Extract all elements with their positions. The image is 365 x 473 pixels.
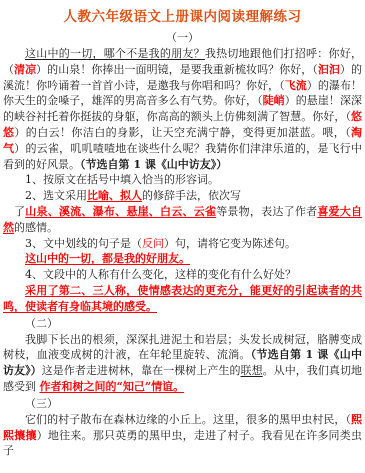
passage-3: 它们的村子散布在森林边缘的小丘上。这里，很多的黑甲虫村民，（熙熙攘攘）地往来。那… [3,412,362,459]
section-marker-1: （一） [3,29,362,46]
question-text: 了 [14,205,25,218]
question-2: 2、选文采用比喻、拟人的修辞手法，依次写 [3,188,362,204]
answer-text: 采用了第二、三人称，使情感表达的更充分，能更好的引起读者的共鸣，使读者有身临其境… [3,284,362,313]
question-text: 3、文中划线的句子是（ [25,237,142,250]
question-text: ）句，请将它变为陈述句。 [164,237,296,250]
section-marker-3: （三） [3,395,362,412]
answer-text: 作者和树之间的“知己”情谊。 [40,380,185,393]
source-citation: （节选自第 1 课《山中访友》） [80,158,227,171]
question-2-continued: 了山泉、溪流、瀑布、悬崖、白云、云雀等景物，表达了作者喜爱大自然的感情。 [3,204,362,236]
question-text: 等景物，表达了作者 [216,205,317,218]
worksheet-document: 人教六年级语文上册课内阅读理解练习（一）这山中的一切，哪个不是我的朋友？我热切地… [0,0,365,459]
passage-text: 它们的村子散布在森林边缘的小丘上。这里，很多的黑甲虫村民，（ [25,413,351,426]
question-1: 1、按原文在括号中填入恰当的形容词。 [3,172,362,188]
question-3: 3、文中划线的句子是（反问）句，请将它变为陈述句。 [3,236,362,252]
question-text: 1、按原文在括号中填入恰当的形容词。 [25,173,219,186]
passage-1: 这山中的一切，哪个不是我的朋友？我热切地跟他们打招呼：你好，（清凉）的山泉！你捧… [3,46,362,172]
passage-2: 我脚下长出的根须，深深扎进泥土和岩层；头发长成树冠，胳膊变成树枝，血液变成树的汁… [3,332,362,395]
doc-title: 人教六年级语文上册课内阅读理解练习 [3,8,362,26]
question-text: 4、文段中的人称有什么变化，这样的变化有什么好处？ [25,268,296,281]
section-number: （二） [25,317,58,330]
answer-text: 比喻、拟人 [87,189,142,202]
answer-3: 这山中的一切，都是我的好朋友。 [3,251,362,267]
underlined-sentence: 这山中的一切，哪个不是我的朋友？ [25,47,205,60]
section-marker-2: （二） [3,315,362,332]
answer-inline: 反问 [142,237,164,250]
doc-title-text: 人教六年级语文上册课内阅读理解练习 [64,9,302,25]
section-number: （一） [166,31,199,44]
passage-text: 这是作者走进树林，靠在一棵树上产生的 [42,364,241,377]
question-text: 的感情。 [14,221,58,234]
answer-blank: 汩汩 [318,63,340,76]
question-text: 的修辞手法，依次写 [142,189,241,202]
question-text: 2、选文采用 [25,189,87,202]
answer-blank: 飞流 [285,79,307,92]
section-number: （三） [25,397,58,410]
answer-blank: 陡峭 [263,94,285,107]
answer-blank: 清凉 [14,63,36,76]
answer-text: 山泉、溪流、瀑布、悬崖、白云、云雀 [25,205,216,218]
question-4: 4、文段中的人称有什么变化，这样的变化有什么好处？ [3,267,362,283]
answer-4: 采用了第二、三人称，使情感表达的更充分，能更好的引起读者的共鸣，使读者有身临其境… [3,283,362,315]
passage-text: ）的白云！你洁白的身影，让天空充满宁静，变得更加湛蓝。喂，（ [14,126,351,139]
underlined-word: 联想 [241,364,263,377]
answer-text: 这山中的一切，都是我的好朋友。 [25,252,190,265]
passage-text: ）地往来。那只英勇的黑甲虫，走进了村子。我看见在许多同类虫子 [3,429,362,458]
passage-text: ）的山泉！你捧出一面明镜，是要我重新梳妆吗？你好，（ [36,63,318,76]
